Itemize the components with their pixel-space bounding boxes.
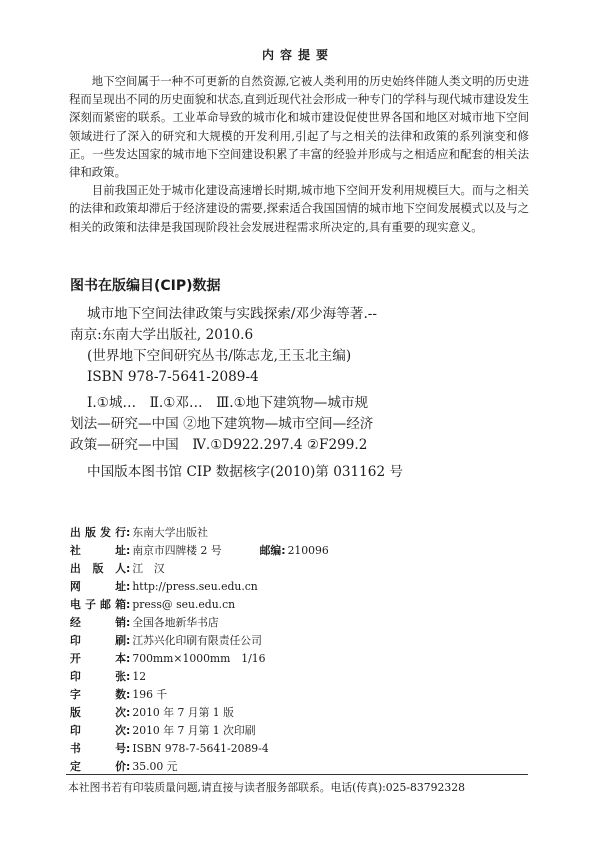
imprint-value: 南京市四牌楼 2 号 <box>132 542 221 560</box>
imprint-label: 字数 <box>70 686 126 704</box>
imprint-row-email: 电子邮箱:press@ seu.edu.cn <box>70 596 329 614</box>
cip-title: 图书在版编目(CIP)数据 <box>70 275 221 295</box>
imprint-value: 江 汉 <box>132 560 164 578</box>
imprint-value: 700mm×1000mm 1/16 <box>132 650 265 668</box>
imprint-label: 经销 <box>70 614 126 632</box>
imprint-label: 电子邮箱 <box>70 596 126 614</box>
summary-title: 内容提要 <box>0 46 596 63</box>
imprint-label: 印刷 <box>70 632 126 650</box>
imprint-value: 东南大学出版社 <box>132 524 208 542</box>
imprint-label: 网址 <box>70 578 126 596</box>
cip-library-record: 中国版本图书馆 CIP 数据核字(2010)第 031162 号 <box>70 462 370 483</box>
cip-entry-line: 城市地下空间法律政策与实践探索/邓少海等著.-- <box>70 304 370 325</box>
imprint-row-printing: 印次:2010 年 7 月第 1 次印刷 <box>70 722 329 740</box>
imprint-label: 社址 <box>70 542 126 560</box>
imprint-label: 出版发行 <box>70 524 126 542</box>
cip-classification-line: Ⅰ.①城… Ⅱ.①邓… Ⅲ.①地下建筑物—城市规 <box>70 393 370 414</box>
postcode-label: 邮编 <box>260 542 282 560</box>
imprint-row-publisher-person: 出版人:江 汉 <box>70 560 329 578</box>
cip-entry-line: (世界地下空间研究丛书/陈志龙,王玉北主编) <box>70 346 370 367</box>
imprint-value: 196 千 <box>132 686 167 704</box>
imprint-label: 印张 <box>70 668 126 686</box>
imprint-label: 书号 <box>70 740 126 758</box>
imprint-label: 开本 <box>70 650 126 668</box>
imprint-value: 2010 年 7 月第 1 次印刷 <box>132 722 255 740</box>
summary-section: 地下空间属于一种不可更新的自然资源,它被人类利用的历史始终伴随人类文明的历史进程… <box>69 72 529 236</box>
imprint-label: 印次 <box>70 722 126 740</box>
imprint-value: 12 <box>132 668 146 686</box>
cip-data-block: 城市地下空间法律政策与实践探索/邓少海等著.-- 南京:东南大学出版社, 201… <box>70 304 370 483</box>
footer-divider <box>66 774 528 775</box>
cip-classification-line: 划法—研究—中国 ②地下建筑物—城市空间—经济 <box>70 414 370 435</box>
imprint-block: 出版发行:东南大学出版社 社址:南京市四牌楼 2 号 邮编:210096 出版人… <box>70 524 329 776</box>
imprint-row-isbn: 书号:ISBN 978-7-5641-2089-4 <box>70 740 329 758</box>
imprint-label: 出版人 <box>70 560 126 578</box>
imprint-row-word-count: 字数:196 千 <box>70 686 329 704</box>
imprint-value: 全国各地新华书店 <box>132 614 218 632</box>
cip-classification-line: 政策—研究—中国 Ⅳ.①D922.297.4 ②F299.2 <box>70 435 370 456</box>
summary-paragraph: 地下空间属于一种不可更新的自然资源,它被人类利用的历史始终伴随人类文明的历史进程… <box>69 72 529 181</box>
imprint-value: 江苏兴化印刷有限责任公司 <box>132 632 262 650</box>
imprint-row-website: 网址:http://press.seu.edu.cn <box>70 578 329 596</box>
cip-entry-line: 南京:东南大学出版社, 2010.6 <box>70 325 370 346</box>
summary-paragraph: 目前我国正处于城市化建设高速增长时期,城市地下空间开发利用规模巨大。而与之相关的… <box>69 181 529 236</box>
imprint-label: 版次 <box>70 704 126 722</box>
postcode-value: 210096 <box>288 542 329 560</box>
imprint-row-address: 社址:南京市四牌楼 2 号 邮编:210096 <box>70 542 329 560</box>
email-link[interactable]: press@ seu.edu.cn <box>132 596 235 614</box>
imprint-row-format: 开本:700mm×1000mm 1/16 <box>70 650 329 668</box>
imprint-value: 2010 年 7 月第 1 版 <box>132 704 234 722</box>
imprint-row-publisher: 出版发行:东南大学出版社 <box>70 524 329 542</box>
imprint-row-distributor: 经销:全国各地新华书店 <box>70 614 329 632</box>
imprint-row-printer: 印刷:江苏兴化印刷有限责任公司 <box>70 632 329 650</box>
imprint-value: ISBN 978-7-5641-2089-4 <box>132 740 268 758</box>
footer-note: 本社图书若有印装质量问题,请直接与读者服务部联系。电话(传真):025-8379… <box>68 780 465 795</box>
cip-isbn-line: ISBN 978-7-5641-2089-4 <box>70 367 370 388</box>
website-link[interactable]: http://press.seu.edu.cn <box>132 578 257 596</box>
imprint-row-sheets: 印张:12 <box>70 668 329 686</box>
imprint-row-edition: 版次:2010 年 7 月第 1 版 <box>70 704 329 722</box>
